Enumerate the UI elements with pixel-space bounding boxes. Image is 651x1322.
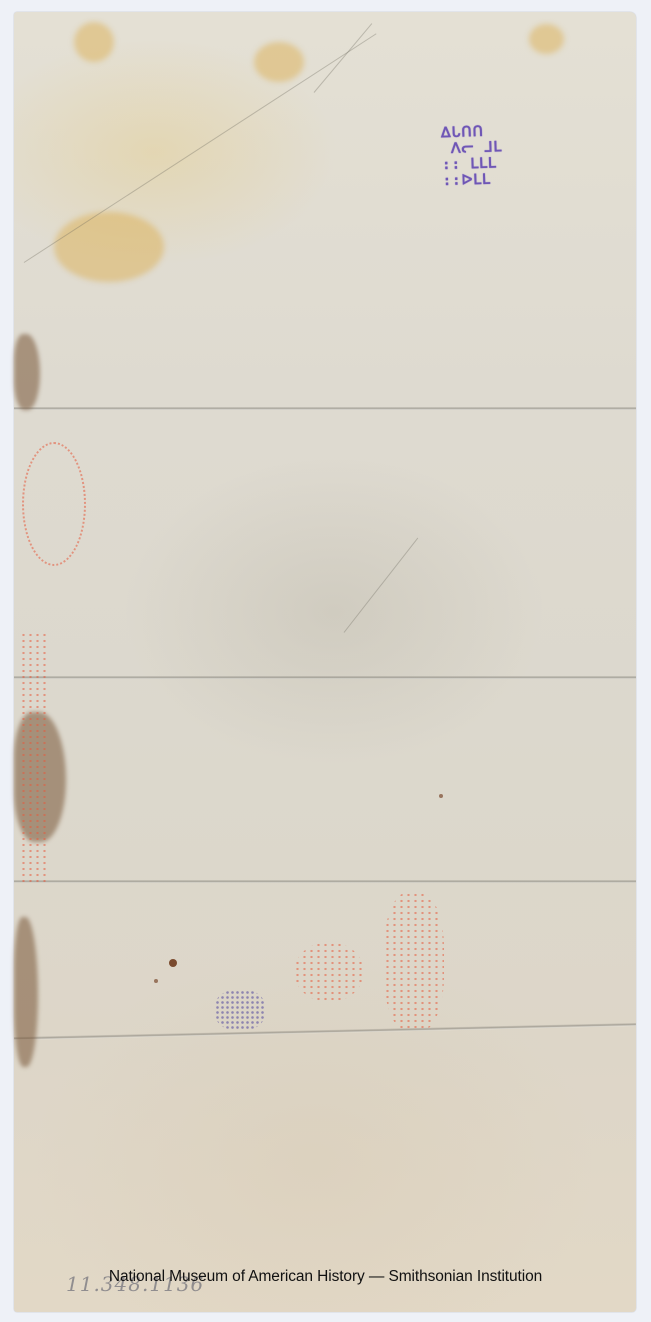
ink-spot bbox=[154, 979, 158, 983]
fold-line bbox=[14, 1023, 636, 1040]
fold-line bbox=[14, 676, 636, 679]
crack-line bbox=[344, 538, 419, 633]
brown-stain bbox=[14, 334, 40, 410]
blue-ink-mark bbox=[215, 990, 265, 1030]
museum-caption: National Museum of American History — Sm… bbox=[0, 1268, 651, 1286]
yellow-stain bbox=[74, 22, 114, 62]
fold-line bbox=[14, 407, 636, 410]
red-seal-trace bbox=[20, 632, 50, 882]
fold-line bbox=[14, 880, 636, 883]
diagonal-crease bbox=[24, 33, 377, 263]
red-seal-trace bbox=[384, 892, 444, 1032]
purple-stamp: ᐃᒐᑎᑎ ᐱᓕ ᒧᒪ :: ᒪᒪᒪ ::ᐅᒪᒪ bbox=[441, 123, 513, 197]
ink-spot bbox=[169, 959, 177, 967]
diagonal-crease bbox=[314, 23, 373, 93]
yellow-stain bbox=[529, 24, 564, 54]
red-seal-trace bbox=[22, 442, 86, 566]
banknote-paper bbox=[14, 12, 636, 1312]
yellow-stain bbox=[254, 42, 304, 82]
red-seal-trace bbox=[294, 942, 364, 1002]
ink-spot bbox=[439, 794, 443, 798]
yellow-stain bbox=[54, 212, 164, 282]
brown-stain bbox=[14, 917, 38, 1067]
